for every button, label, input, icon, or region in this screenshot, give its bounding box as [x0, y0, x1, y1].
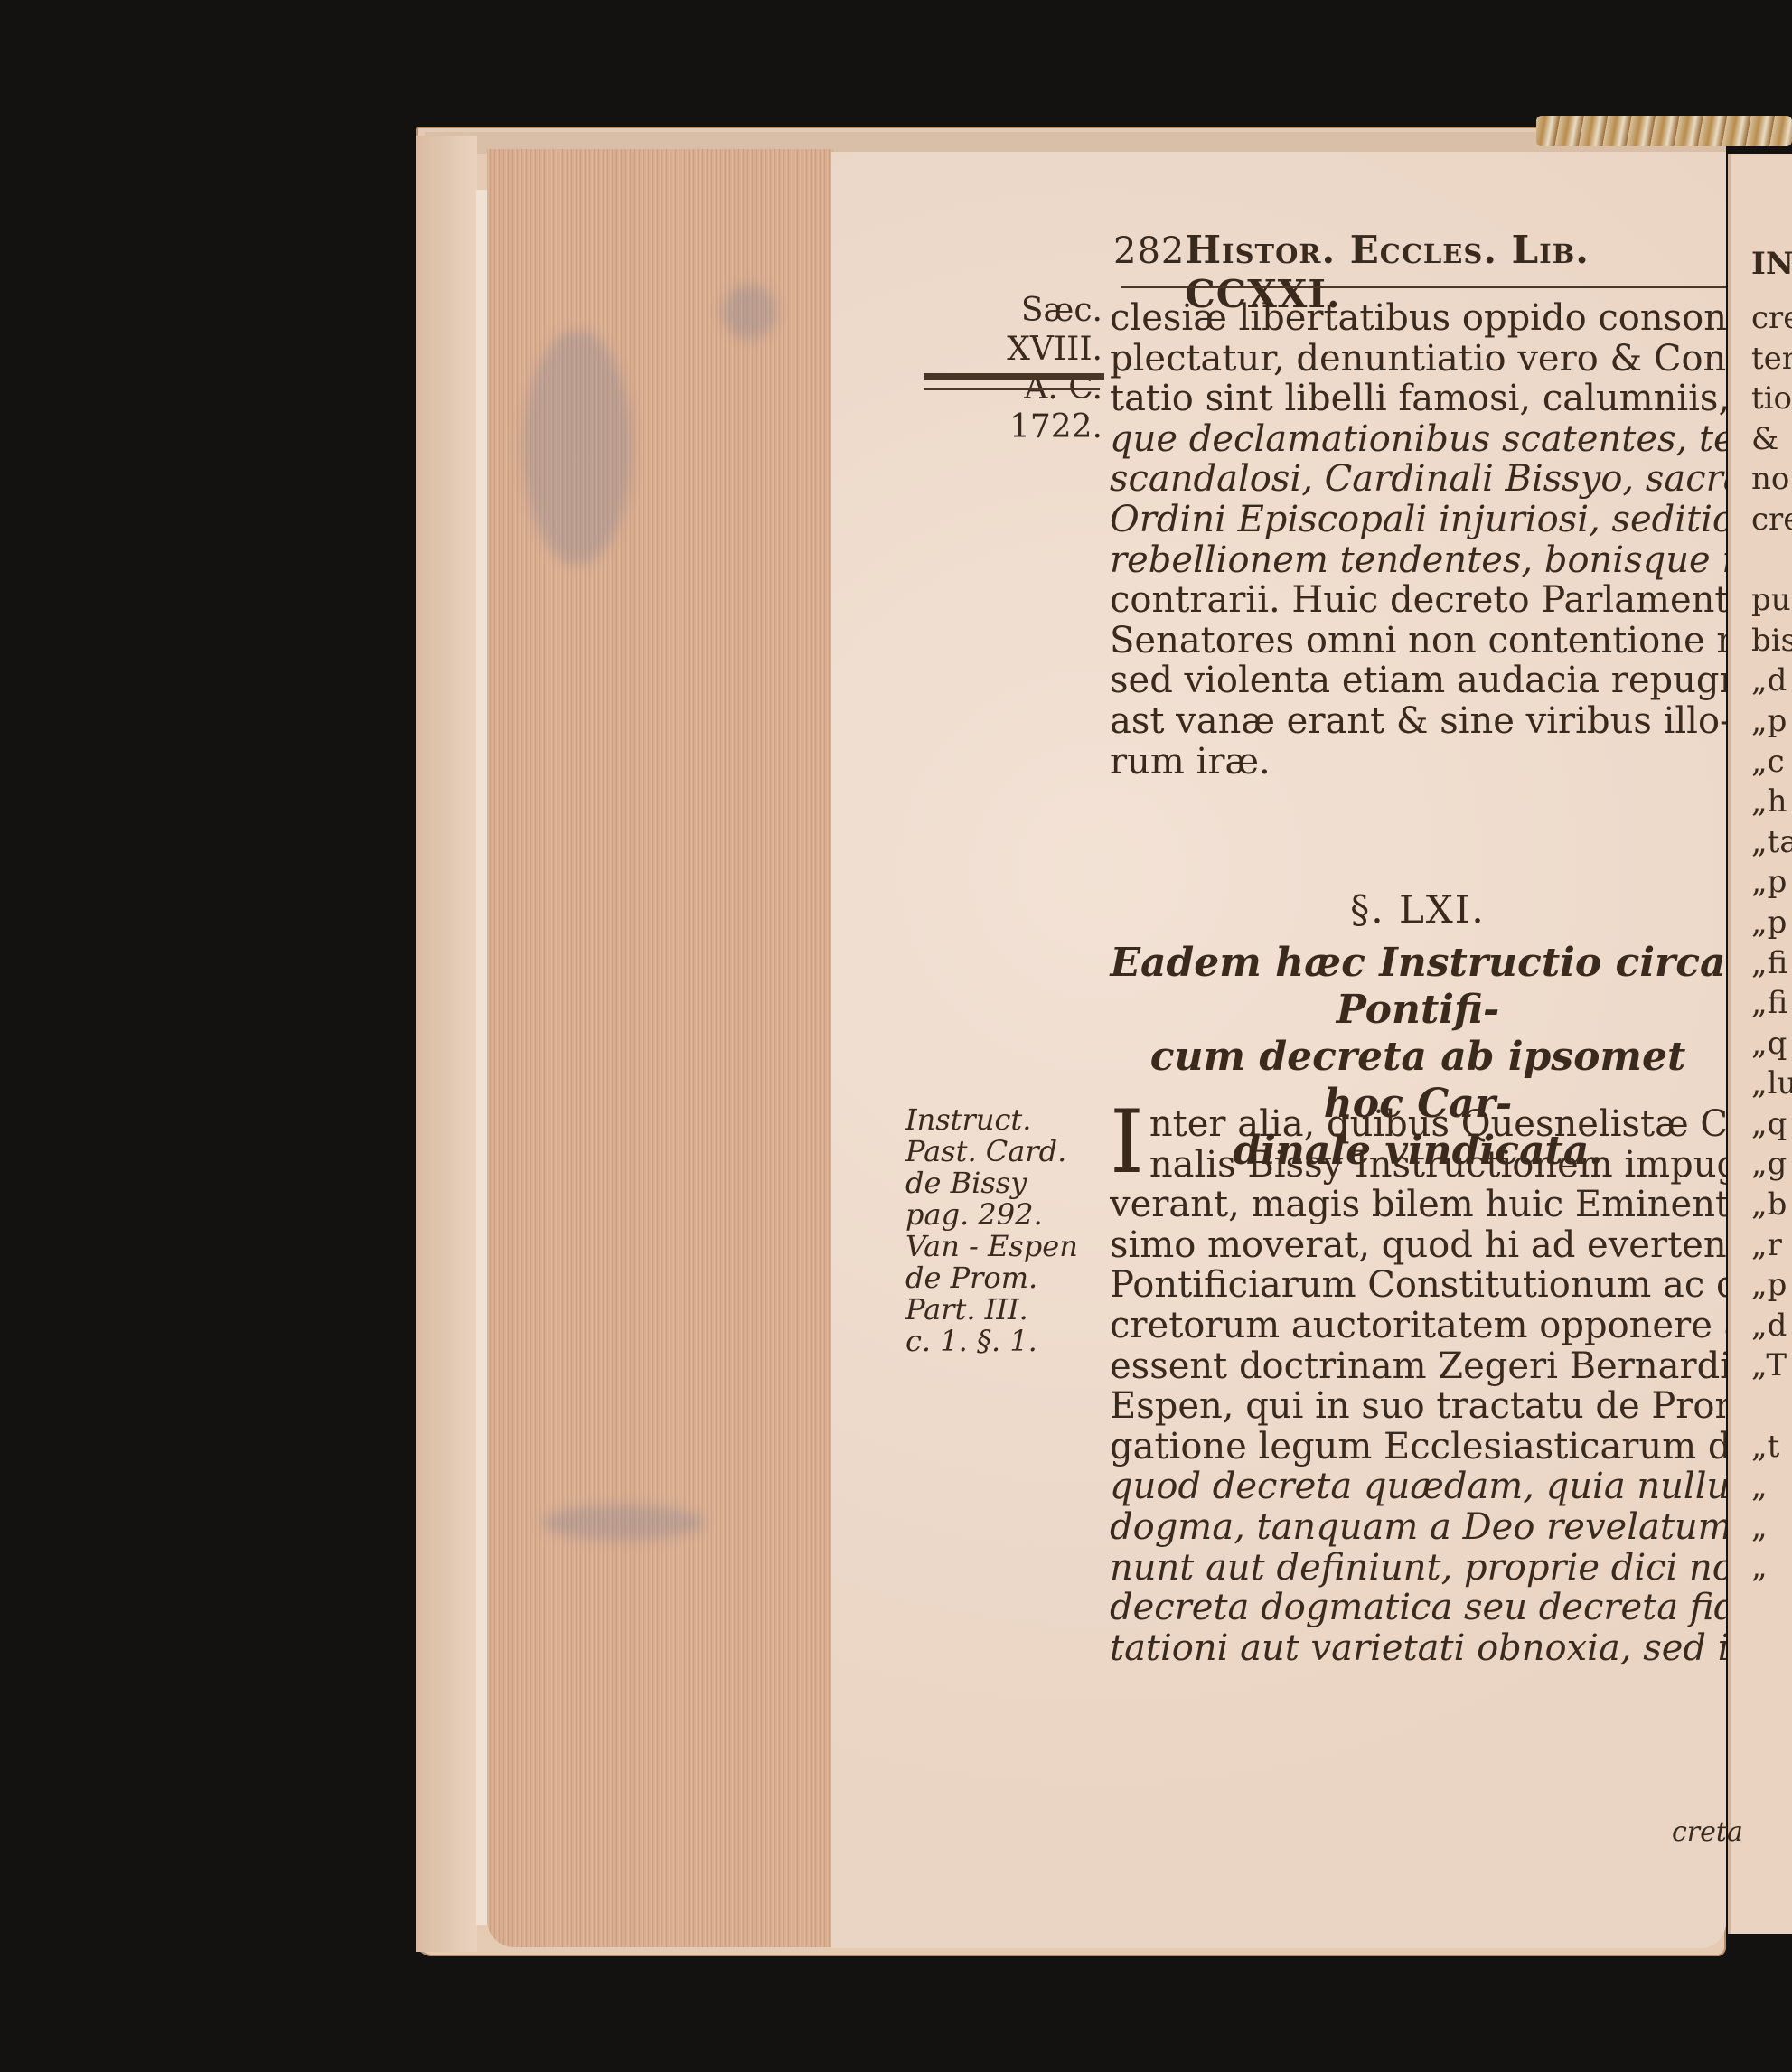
ink-stain [722, 285, 776, 339]
next-page-fragment: IN [1751, 244, 1792, 285]
fragment-line [1751, 1386, 1792, 1427]
margin-rule [924, 388, 1100, 390]
text-line: Pontificiarum Constitutionum ac de- [1110, 1265, 1726, 1306]
fragment-line: „c [1751, 742, 1792, 783]
margin-rule [924, 373, 1104, 380]
fragment-line: „r [1751, 1225, 1792, 1266]
fragment-line: „p [1751, 701, 1792, 742]
text-line: verant, magis bilem huic Eminentis- [1110, 1185, 1726, 1225]
fragment-line: ten [1751, 339, 1792, 380]
fragment-line: „T [1751, 1345, 1792, 1386]
next-page-lines: cre ten tio & no cre pu bis „d „p „c „h … [1751, 298, 1792, 1588]
citation-line: Van - Espen [905, 1231, 1104, 1262]
text-line: scandalosi, Cardinali Bissyo, sacræ Sedi… [1110, 459, 1726, 500]
text-line: rebellionem tendentes, bonisque moribus [1110, 540, 1726, 581]
century-label: Sæc. XVIII. [922, 291, 1102, 369]
text-line: clesiæ libertatibus oppido consonas am- [1110, 298, 1726, 339]
citation-line: de Bissy [905, 1167, 1104, 1199]
text-line: rum iræ. [1110, 742, 1726, 783]
next-page-header: IN [1751, 244, 1792, 285]
fragment-line: „h [1751, 782, 1792, 822]
fragment-line: „q [1751, 1104, 1792, 1145]
text-line: quod decreta quædam, quia nullum fidei [1110, 1467, 1726, 1507]
cover-turn-in [416, 136, 477, 1952]
drop-cap: I [1110, 1106, 1144, 1178]
fragment-line: „lu [1751, 1064, 1792, 1104]
fragment-line: cre [1751, 500, 1792, 540]
citation-line: Part. III. [905, 1294, 1104, 1326]
fragment-line: „ [1751, 1547, 1792, 1588]
citation-line: Past. Card. [905, 1136, 1104, 1167]
citation-line: c. 1. §. 1. [905, 1326, 1104, 1357]
paragraph-2: I nter alia, quibus Quesnelistæ Cardi- n… [1110, 1104, 1726, 1668]
text-line: tatio sint libelli famosi, calumniis, fa… [1110, 379, 1726, 419]
section-number: §. LXI. [1110, 887, 1726, 932]
fragment-line: „p [1751, 1265, 1792, 1306]
fragment-line: „fi [1751, 983, 1792, 1024]
header-rule [1121, 286, 1726, 288]
fragment-line: „d [1751, 661, 1792, 701]
text-line: nalis Bissy Instructionem impugna- [1149, 1145, 1726, 1186]
margin-citation: Instruct. Past. Card. de Bissy pag. 292.… [905, 1104, 1104, 1357]
fragment-line: & [1751, 419, 1792, 460]
text-line: nter alia, quibus Quesnelistæ Cardi- [1149, 1104, 1726, 1145]
text-line: decreta dogmatica seu decreta fidei null… [1110, 1588, 1726, 1628]
citation-line: pag. 292. [905, 1199, 1104, 1231]
text-line: cretorum auctoritatem opponere ausi [1110, 1306, 1726, 1346]
year-label: A. C. 1722. [922, 369, 1102, 446]
text-line: que declamationibus scatentes, temerarii… [1110, 419, 1726, 460]
ink-stain [541, 1505, 704, 1541]
fragment-line: „t [1751, 1427, 1792, 1467]
page-number: 282 [1113, 230, 1185, 272]
text-line: gatione legum Ecclesiasticarum docuit, [1110, 1427, 1726, 1467]
text-line: nunt aut definiunt, proprie dici non pos… [1110, 1548, 1726, 1589]
text-line: ast vanæ erant & sine viribus illo- [1110, 701, 1726, 742]
text-line: plectatur, denuntiatio vero & Consul- [1110, 339, 1726, 380]
fragment-line: „d [1751, 1306, 1792, 1346]
text-line: simo moverat, quod hi ad evertendam [1110, 1225, 1726, 1266]
fragment-line: „fi [1751, 943, 1792, 984]
text-line: essent doctrinam Zegeri Bernardi Van- [1110, 1346, 1726, 1387]
paragraph-1: clesiæ libertatibus oppido consonas am- … [1110, 298, 1726, 782]
section-title-line: Eadem hæc Instructio circa Pontifi- [1110, 940, 1726, 1034]
board-edge [476, 190, 487, 1925]
fragment-line: no [1751, 459, 1792, 500]
margin-date-note: Sæc. XVIII. A. C. 1722. [922, 291, 1102, 446]
text-line: Espen, qui in suo tractatu de Promul- [1110, 1386, 1726, 1427]
text-line: Ordini Episcopali injuriosi, seditiosi, … [1110, 500, 1726, 540]
catchword: creta [1672, 1816, 1743, 1848]
fragment-line: „q [1751, 1024, 1792, 1064]
citation-line: de Prom. [905, 1262, 1104, 1294]
fragment-line: bis [1751, 621, 1792, 661]
ink-stain [523, 330, 632, 565]
fragment-line: „ [1751, 1507, 1792, 1548]
citation-line: Instruct. [905, 1104, 1104, 1136]
text-line: contrarii. Huic decreto Parlamenti [1110, 580, 1726, 621]
fragment-line: „p [1751, 903, 1792, 943]
binding-thread [1536, 116, 1792, 146]
text-line: tationi aut varietati obnoxia, sed inter… [1110, 1628, 1726, 1669]
text-line: Senatores omni non contentione modo, [1110, 621, 1726, 661]
fragment-line: pu [1751, 580, 1792, 621]
text-line: sed violenta etiam audacia repugnabant, [1110, 661, 1726, 701]
fragment-line: „p [1751, 862, 1792, 903]
fragment-line: cre [1751, 298, 1792, 339]
fragment-line: „ [1751, 1467, 1792, 1507]
fragment-line [1751, 540, 1792, 581]
fragment-line: „g [1751, 1144, 1792, 1185]
fragment-line: tio [1751, 379, 1792, 419]
text-line: dogma, tanquam a Deo revelatum propo- [1110, 1507, 1726, 1548]
fragment-line: „b [1751, 1185, 1792, 1225]
fragment-line: „ta [1751, 822, 1792, 863]
page-block-fore-edge [487, 149, 833, 1947]
